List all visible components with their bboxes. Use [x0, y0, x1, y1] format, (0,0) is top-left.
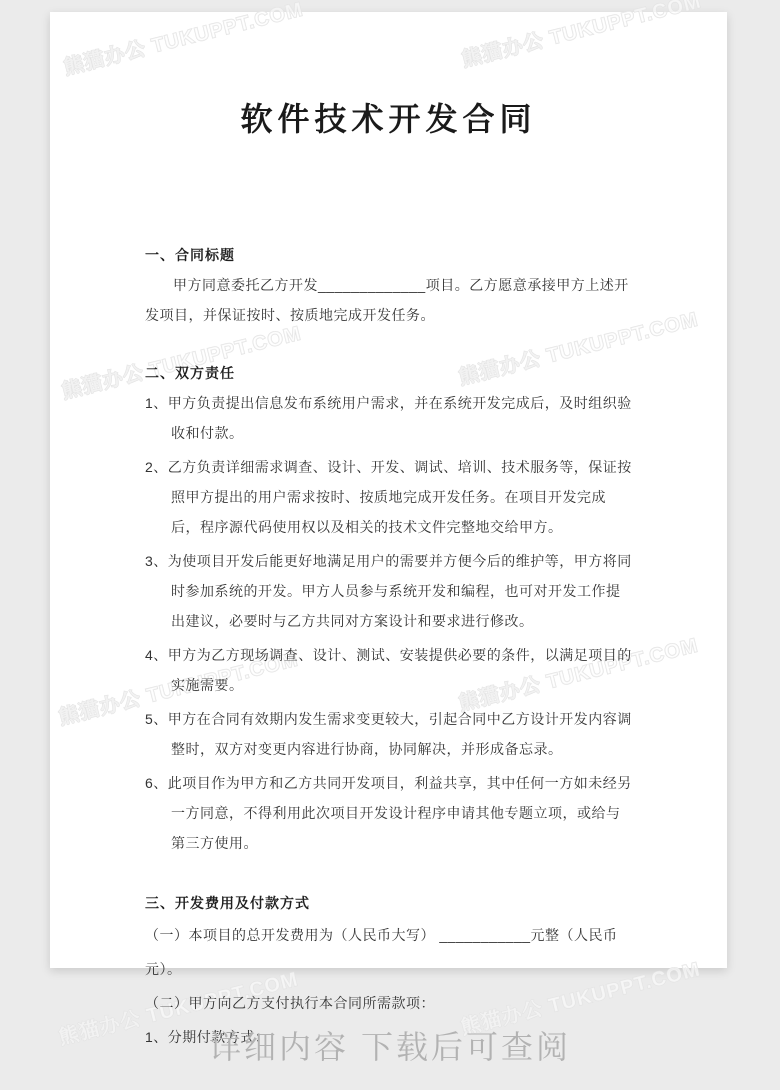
page-title: 软件技术开发合同: [145, 100, 632, 138]
list-item: 3、为使项目开发后能更好地满足用户的需要并方便今后的维护等，甲方将同时参加系统的…: [145, 546, 632, 636]
paragraph: （二）甲方向乙方支付执行本合同所需款项：: [145, 986, 632, 1020]
paragraph: 甲方同意委托乙方开发_____________项目。乙方愿意承接甲方上述开发项目…: [145, 270, 632, 330]
footer-note: 详细内容 下载后可查阅: [0, 1022, 780, 1068]
section-heading: 一、合同标题: [145, 240, 632, 270]
section-contract-title: 一、合同标题 甲方同意委托乙方开发_____________项目。乙方愿意承接甲…: [145, 240, 632, 330]
list-item: 2、乙方负责详细需求调查、设计、开发、调试、培训、技术服务等，保证按照甲方提出的…: [145, 452, 632, 542]
list-item: 4、甲方为乙方现场调查、设计、测试、安装提供必要的条件，以满足项目的实施需要。: [145, 640, 632, 700]
section-heading: 三、开发费用及付款方式: [145, 888, 632, 918]
document-content: 软件技术开发合同 一、合同标题 甲方同意委托乙方开发_____________项…: [145, 12, 632, 1054]
list-item: 6、此项目作为甲方和乙方共同开发项目，利益共享，其中任何一方如未经另一方同意，不…: [145, 768, 632, 858]
paragraph: （一）本项目的总开发费用为（人民币大写） ___________元整（人民币元）…: [145, 918, 632, 986]
section-heading: 二、双方责任: [145, 358, 632, 388]
page-background: 熊猫办公 TUKUPPT.COM 熊猫办公 TUKUPPT.COM 熊猫办公 T…: [0, 0, 780, 1090]
list-item: 5、甲方在合同有效期内发生需求变更较大，引起合同中乙方设计开发内容调整时，双方对…: [145, 704, 632, 764]
list-item: 1、甲方负责提出信息发布系统用户需求，并在系统开发完成后，及时组织验收和付款。: [145, 388, 632, 448]
section-responsibilities: 二、双方责任 1、甲方负责提出信息发布系统用户需求，并在系统开发完成后，及时组织…: [145, 358, 632, 858]
